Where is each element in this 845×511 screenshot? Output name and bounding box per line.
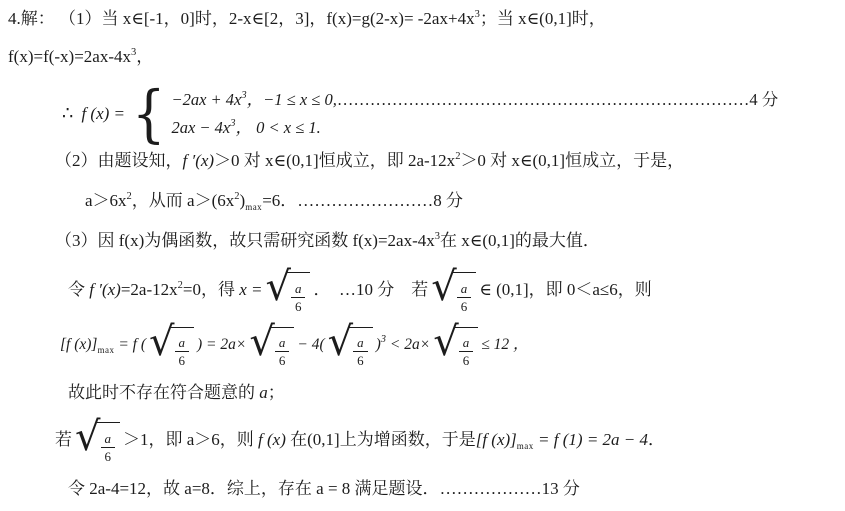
dotted-leader: …………………… — [297, 191, 433, 210]
text-segment: 故此时不存在符合题意的 — [68, 383, 259, 402]
fraction-numerator: a — [101, 431, 116, 448]
text-segment: f(x)=f(-x)=2ax-4x — [8, 47, 131, 66]
solution-line-increasing-case: 若 √a6 ＞1，即 a＞6，则 f (x) 在(0,1]上为增函数，于是[f … — [55, 412, 665, 468]
text-segment: ． — [648, 430, 665, 449]
radicand: a6 — [171, 327, 195, 368]
fraction-numerator: a — [457, 281, 472, 298]
fx-max: [f (x)] — [60, 336, 97, 353]
fraction-numerator: a — [175, 335, 190, 352]
text-segment: 令 f ′(x)=2a-12x2=0，得 x = — [68, 278, 262, 302]
fraction: a6 — [459, 335, 474, 368]
sqrt-a-over-6: √a6 — [149, 322, 194, 368]
piecewise-case-1: −2ax + 4x3，−1 ≤ x ≤ 0,………………………………………………… — [171, 90, 778, 110]
text-segment: 若 — [55, 428, 72, 452]
math-expression: = f (1) = 2a − 4 — [534, 430, 648, 449]
text-segment: （3）因 f(x)为偶函数，故只需研究函数 f(x)=2ax-4x — [55, 231, 435, 250]
text-segment: 4.解： （1）当 x∈[-1，0]时，2-x∈[2，3]，f(x)=g(2-x… — [8, 9, 475, 28]
fraction-numerator: a — [459, 335, 474, 352]
radicand: a6 — [97, 422, 121, 464]
score-marker: 8 分 — [433, 191, 463, 210]
function-fx: f (x) — [258, 430, 286, 449]
text-segment: ． …10 分 若 — [313, 278, 428, 302]
text-segment: 令 2a-4=12，故 a=8．综上，存在 a = 8 满足题设． — [68, 479, 440, 498]
text-segment: =2a-12x — [121, 280, 178, 299]
text-segment: ，从而 a＞(6x — [132, 191, 234, 210]
math-expression: )3 < 2a× — [376, 333, 431, 357]
fraction-denominator: 6 — [461, 298, 468, 314]
score-marker: 4 分 — [749, 90, 778, 109]
sqrt-a-over-6: √a6 — [328, 322, 373, 368]
piecewise-function-block: ∴ f (x) = { −2ax + 4x3，−1 ≤ x ≤ 0,………………… — [62, 84, 778, 144]
text-segment: ＞1，即 a＞6，则 — [123, 430, 258, 449]
score-marker: 13 分 — [542, 479, 580, 498]
text-segment: （2）由题设知， — [55, 151, 183, 170]
text-segment: ＞1，即 a＞6，则 f (x) 在(0,1]上为增函数，于是[f (x)]ma… — [123, 428, 665, 452]
math-expression: [f (x)]max = f ( — [60, 333, 146, 357]
sqrt-a-over-6: √a6 — [433, 322, 478, 368]
sqrt-a-over-6: √a6 — [431, 267, 476, 314]
solution-line-derivative: 令 f ′(x)=2a-12x2=0，得 x = √a6 ． …10 分 若 √… — [68, 264, 652, 316]
case-condition: ， 0 < x ≤ 1. — [236, 118, 321, 137]
text-segment: 令 — [68, 280, 89, 299]
radicand: a6 — [349, 327, 373, 368]
x-equals: x = — [239, 280, 262, 299]
case-expression: 2ax − 4x — [171, 118, 230, 137]
fraction-denominator: 6 — [179, 352, 186, 368]
text-segment: 在(0,1]上为增函数，于是 — [286, 430, 476, 449]
fraction-denominator: 6 — [279, 352, 286, 368]
subscript-max: max — [245, 202, 262, 212]
math-solution-document: { "page": { "bg": "#ffffff", "text_color… — [0, 0, 845, 511]
text-segment: ；当 x∈(0,1]时， — [480, 9, 606, 28]
subscript-max: max — [517, 441, 534, 451]
fraction: a6 — [457, 281, 472, 314]
case-condition: ，−1 ≤ x ≤ 0, — [247, 90, 337, 109]
solution-line-conclusion: 令 2a-4=12，故 a=8．综上，存在 a = 8 满足题设．………………1… — [68, 477, 580, 501]
fx-max: [f (x)] — [476, 430, 517, 449]
radicand: a6 — [287, 272, 311, 314]
dotted-leader: ………………………………………………………………… — [337, 90, 750, 109]
variable-a: a — [259, 383, 268, 402]
solution-line-part2b: a＞6x2，从而 a＞(6x2)max=6．……………………8 分 — [85, 189, 463, 213]
fraction: a6 — [291, 281, 306, 314]
math-expression: ) = 2a× — [197, 333, 246, 357]
solution-line-part2: （2）由题设知，f ′(x)＞0 对 x∈(0,1]恒成立，即 2a-12x2＞… — [55, 149, 684, 173]
fraction: a6 — [353, 335, 368, 368]
piecewise-cases: −2ax + 4x3，−1 ≤ x ≤ 0,………………………………………………… — [171, 90, 778, 138]
dotted-leader: ……………… — [440, 479, 542, 498]
solution-line-no-valid-a: 故此时不存在符合题意的 a； — [68, 381, 285, 405]
fraction: a6 — [275, 335, 290, 368]
text-segment: ∈ (0,1]，即 0＜a≤6，则 — [479, 278, 652, 302]
case-expression: −2ax + 4x — [171, 90, 241, 109]
text-segment: =6． — [262, 191, 297, 210]
fraction-numerator: a — [353, 335, 368, 352]
text-segment: ＞0 对 x∈(0,1]恒成立，于是， — [460, 151, 684, 170]
fraction-numerator: a — [291, 281, 306, 298]
subscript-max: max — [97, 345, 114, 355]
therefore-symbol: ∴ — [62, 102, 73, 126]
text-segment: 在 x∈(0,1]的最大值． — [440, 231, 600, 250]
text-segment: ， — [136, 47, 153, 66]
fraction-denominator: 6 — [357, 352, 364, 368]
math-expression: = f ( — [114, 336, 146, 353]
text-segment: a＞6x — [85, 191, 127, 210]
sqrt-a-over-6: √a6 — [249, 322, 294, 368]
radicand: a6 — [453, 272, 477, 314]
dotted-leader: … — [339, 280, 356, 299]
text-segment: ＞0 对 x∈(0,1]恒成立，即 2a-12x — [214, 151, 455, 170]
derivative-expression: f ′(x) — [89, 280, 121, 299]
text-segment: 若 — [394, 280, 428, 299]
fraction: a6 — [101, 431, 116, 464]
fraction-denominator: 6 — [463, 352, 470, 368]
solution-line-max-inequality: [f (x)]max = f ( √a6 ) = 2a× √a6 − 4( √a… — [60, 318, 528, 372]
solution-line-1: 4.解： （1）当 x∈[-1，0]时，2-x∈[2，3]，f(x)=g(2-x… — [8, 7, 606, 31]
text-segment: =0，得 — [183, 280, 239, 299]
fraction: a6 — [175, 335, 190, 368]
fraction-numerator: a — [275, 335, 290, 352]
solution-line-part3: （3）因 f(x)为偶函数，故只需研究函数 f(x)=2ax-4x3在 x∈(0… — [55, 229, 600, 253]
math-expression: − 4( — [297, 333, 324, 357]
math-expression: ≤ 12 ， — [481, 333, 528, 357]
fraction-denominator: 6 — [105, 448, 112, 464]
piecewise-case-2: 2ax − 4x3， 0 < x ≤ 1. — [171, 118, 778, 138]
solution-line-2: f(x)=f(-x)=2ax-4x3， — [8, 45, 153, 69]
function-lhs: f (x) = — [81, 102, 125, 126]
sqrt-a-over-6: √a6 — [265, 267, 310, 314]
math-expression: < 2a× — [386, 336, 430, 353]
sqrt-a-over-6: √a6 — [75, 417, 120, 464]
left-brace-symbol: { — [132, 86, 166, 142]
radicand: a6 — [455, 327, 479, 368]
derivative-expression: f ′(x) — [183, 151, 215, 170]
text-segment: ． — [313, 280, 339, 299]
radicand: a6 — [271, 327, 295, 368]
score-marker: 10 分 — [356, 280, 394, 299]
fraction-denominator: 6 — [295, 298, 302, 314]
text-segment: ； — [268, 383, 285, 402]
